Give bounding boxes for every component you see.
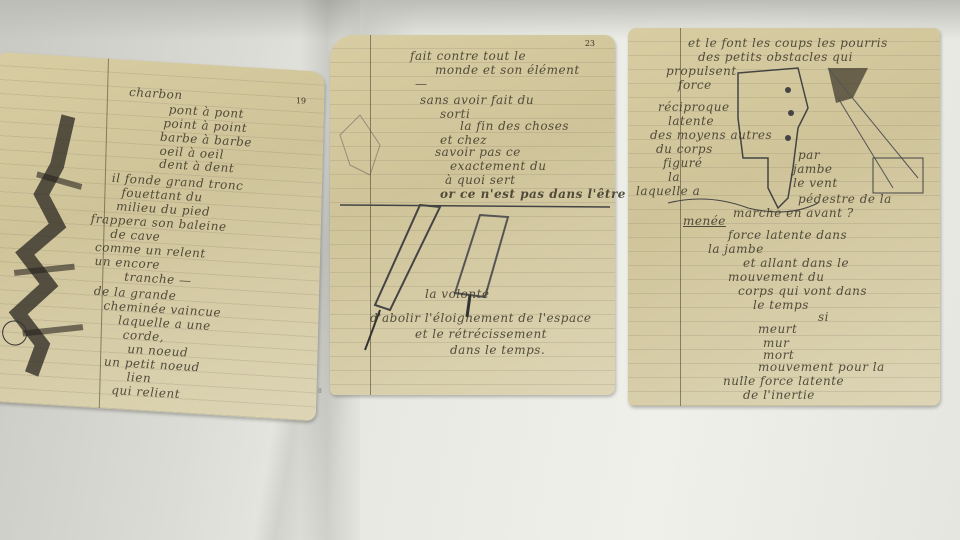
handwriting-line: de l'inertie (743, 388, 815, 402)
handwriting-line: la fin des choses (460, 119, 569, 133)
handwriting-line: tranche — (124, 270, 192, 288)
folio-mark: 8 (318, 388, 322, 395)
handwriting-line: exactement du (450, 159, 546, 173)
handwriting-line: propulsent (666, 64, 737, 78)
handwriting-line: le vent (793, 176, 838, 190)
notebook-page-right: et le font les coups les pourris des pet… (628, 28, 940, 406)
handwriting-line: mouvement pour la (758, 360, 885, 374)
handwriting-line: savoir pas ce (435, 145, 521, 159)
handwriting-line: des petits obstacles qui (698, 50, 853, 64)
handwriting-line: force (678, 78, 712, 92)
handwriting-line: charbon (129, 85, 183, 102)
handwriting-line: sans avoir fait du (420, 93, 534, 107)
handwriting-line: monde et son élément (435, 63, 580, 77)
handwriting-line: à quoi sert (445, 173, 516, 187)
handwriting-line: latente (668, 114, 714, 128)
notebook-page-19: 19 charbon pont à pont point à point bar… (0, 52, 325, 421)
handwriting-line: d'abolir l'éloignement de l'espace (370, 311, 591, 325)
charcoal-sketch (0, 72, 109, 398)
handwriting-line: or ce n'est pas dans l'être (440, 187, 626, 201)
handwriting-line: corps qui vont dans (738, 284, 867, 298)
handwriting-line: mouvement du (728, 270, 824, 284)
handwriting-line: dans le temps. (450, 343, 545, 357)
handwriting-line: marche en avant ? (733, 206, 854, 220)
handwriting-line: la (668, 170, 680, 184)
handwriting-line: si (818, 310, 829, 324)
handwriting-line: et allant dans le (743, 256, 849, 270)
handwriting-line: des moyens autres (650, 128, 772, 142)
pencil-sketch-rectangles (330, 35, 615, 395)
handwriting-line: pédestre de la (798, 192, 892, 206)
book-spread: 19 charbon pont à pont point à point bar… (0, 0, 960, 540)
handwriting-line: menée (683, 214, 726, 228)
notebook-page-23: 23 fait contre tout le monde et son élém… (330, 35, 615, 395)
handwriting-line: du corps (656, 142, 713, 156)
handwriting-line: et le font les coups les pourris (688, 36, 888, 50)
handwriting-line: lien (126, 370, 151, 385)
handwriting-line: la jambe (708, 242, 764, 256)
handwriting-line: qui relient (111, 383, 180, 401)
handwriting-line: le temps (753, 298, 809, 312)
handwriting-line: nulle force latente (723, 374, 844, 388)
handwriting-line: jambe (793, 162, 833, 176)
handwriting-line: — (415, 77, 428, 91)
handwriting-line: laquelle a (636, 184, 700, 198)
handwriting-line: par (798, 148, 820, 162)
handwriting-line: réciproque (658, 100, 730, 114)
handwriting-line: meurt (758, 322, 797, 336)
handwriting-line: force latente dans (728, 228, 847, 242)
handwriting-line: fait contre tout le (410, 49, 526, 63)
page-number: 19 (296, 96, 306, 106)
handwriting-line: figuré (663, 156, 703, 170)
handwriting-line: la volonté (425, 287, 490, 301)
handwriting-line: et le rétrécissement (415, 327, 547, 341)
